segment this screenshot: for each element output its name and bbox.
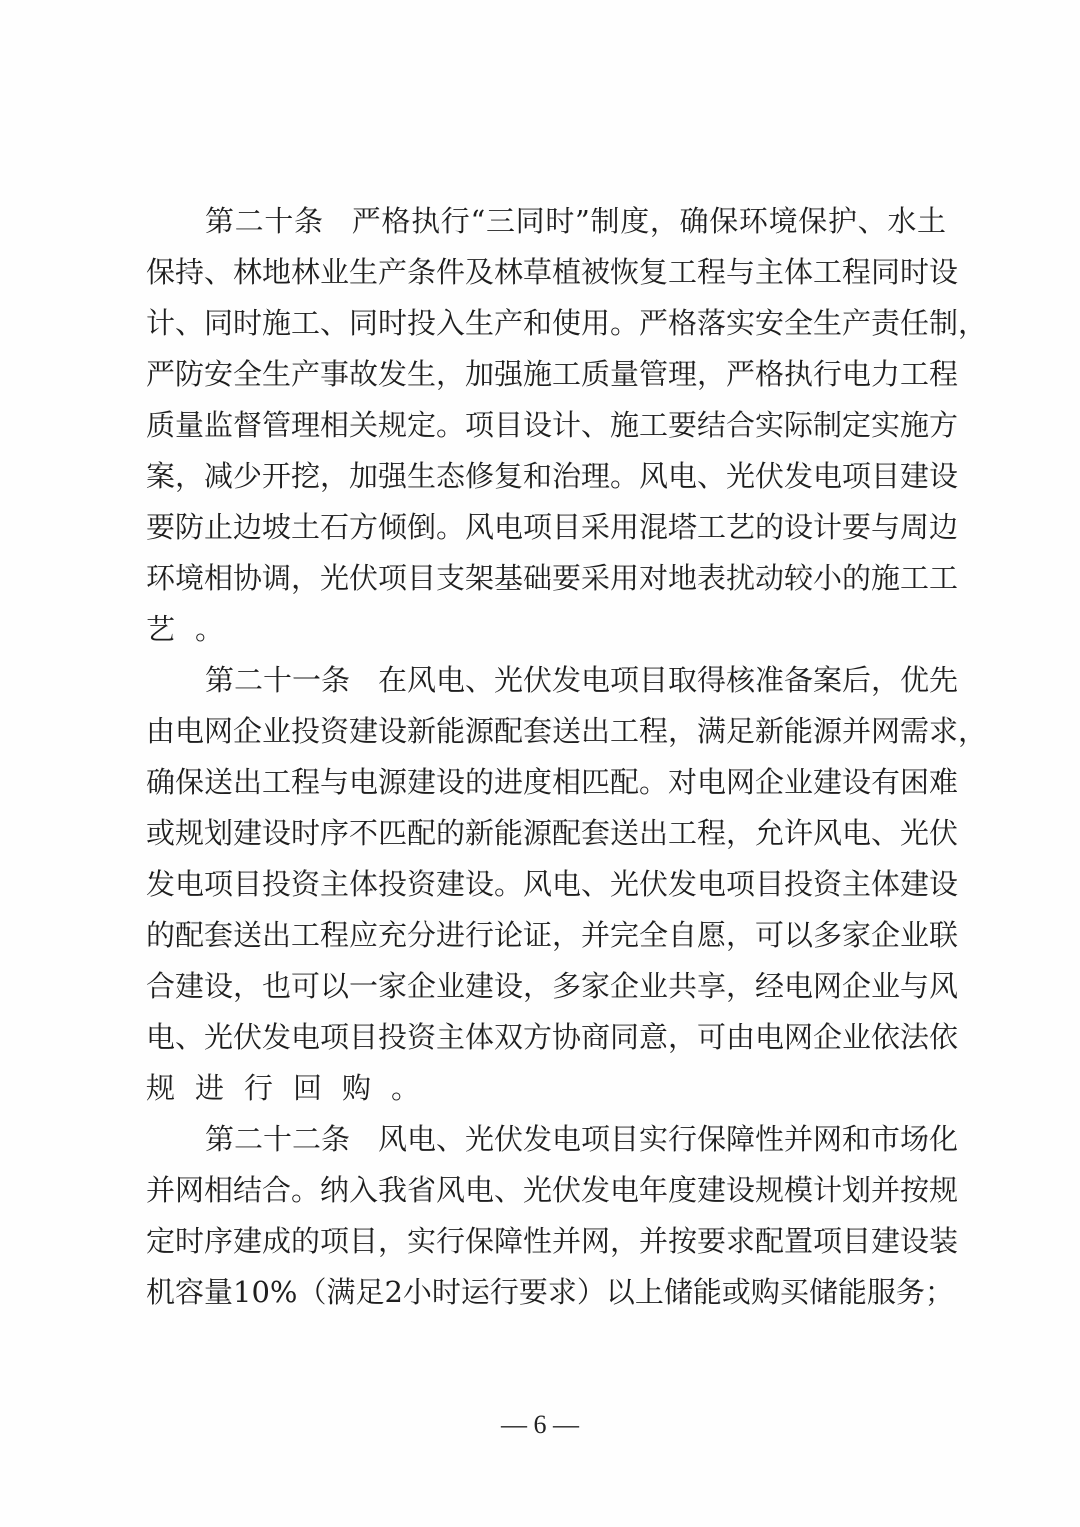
article-number: 第二十条	[205, 204, 324, 238]
article-20-line-1: 第二十条严格执行“三同时”制度，确保环境保护、水土	[146, 196, 946, 247]
article-text: 在风电、光伏发电项目取得核准备案后，优先	[378, 663, 958, 697]
article-21-line-2: 由电网企业投资建设新能源配套送出工程，满足新能源并网需求，	[146, 706, 946, 757]
article-22-line-2: 并网相结合。纳入我省风电、光伏发电年度建设规模计划并按规	[146, 1165, 946, 1216]
article-21-line-6: 的配套送出工程应充分进行论证，并完全自愿，可以多家企业联	[146, 910, 946, 961]
article-20-line-6: 案，减少开挖，加强生态修复和治理。风电、光伏发电项目建设	[146, 451, 946, 502]
article-text: 严格执行“三同时”制度，确保环境保护、水土	[352, 204, 946, 238]
article-21-line-5: 发电项目投资主体投资建设。风电、光伏发电项目投资主体建设	[146, 859, 946, 910]
article-21-line-3: 确保送出工程与电源建设的进度相匹配。对电网企业建设有困难	[146, 757, 946, 808]
article-22-line-1: 第二十二条风电、光伏发电项目实行保障性并网和市场化	[146, 1114, 946, 1165]
article-21-line-9: 规进行回购。	[146, 1063, 946, 1114]
article-20-line-8: 环境相协调，光伏项目支架基础要采用对地表扰动较小的施工工	[146, 553, 946, 604]
article-20-line-2: 保持、林地林业生产条件及林草植被恢复工程与主体工程同时设	[146, 247, 946, 298]
article-22-line-3: 定时序建成的项目，实行保障性并网，并按要求配置项目建设装	[146, 1216, 946, 1267]
article-21-line-8: 电、光伏发电项目投资主体双方协商同意，可由电网企业依法依	[146, 1012, 946, 1063]
article-20-line-9: 艺。	[146, 604, 946, 655]
article-21-line-4: 或规划建设时序不匹配的新能源配套送出工程，允许风电、光伏	[146, 808, 946, 859]
page-number: — 6 —	[0, 1410, 1080, 1440]
document-page: 第二十条严格执行“三同时”制度，确保环境保护、水土 保持、林地林业生产条件及林草…	[0, 0, 1080, 1527]
article-20-line-5: 质量监督管理相关规定。项目设计、施工要结合实际制定实施方	[146, 400, 946, 451]
article-21-line-1: 第二十一条在风电、光伏发电项目取得核准备案后，优先	[146, 655, 946, 706]
article-21-line-7: 合建设，也可以一家企业建设，多家企业共享，经电网企业与风	[146, 961, 946, 1012]
article-20-line-4: 严防安全生产事故发生，加强施工质量管理，严格执行电力工程	[146, 349, 946, 400]
body-text: 第二十条严格执行“三同时”制度，确保环境保护、水土 保持、林地林业生产条件及林草…	[146, 196, 946, 1318]
article-number: 第二十一条	[205, 663, 350, 697]
article-20-line-7: 要防止边坡土石方倾倒。风电项目采用混塔工艺的设计要与周边	[146, 502, 946, 553]
article-text: 风电、光伏发电项目实行保障性并网和市场化	[378, 1122, 958, 1156]
article-22-line-4: 机容量10%（满足2小时运行要求）以上储能或购买储能服务；	[146, 1267, 946, 1318]
article-20-line-3: 计、同时施工、同时投入生产和使用。严格落实安全生产责任制，	[146, 298, 946, 349]
article-number: 第二十二条	[205, 1122, 350, 1156]
